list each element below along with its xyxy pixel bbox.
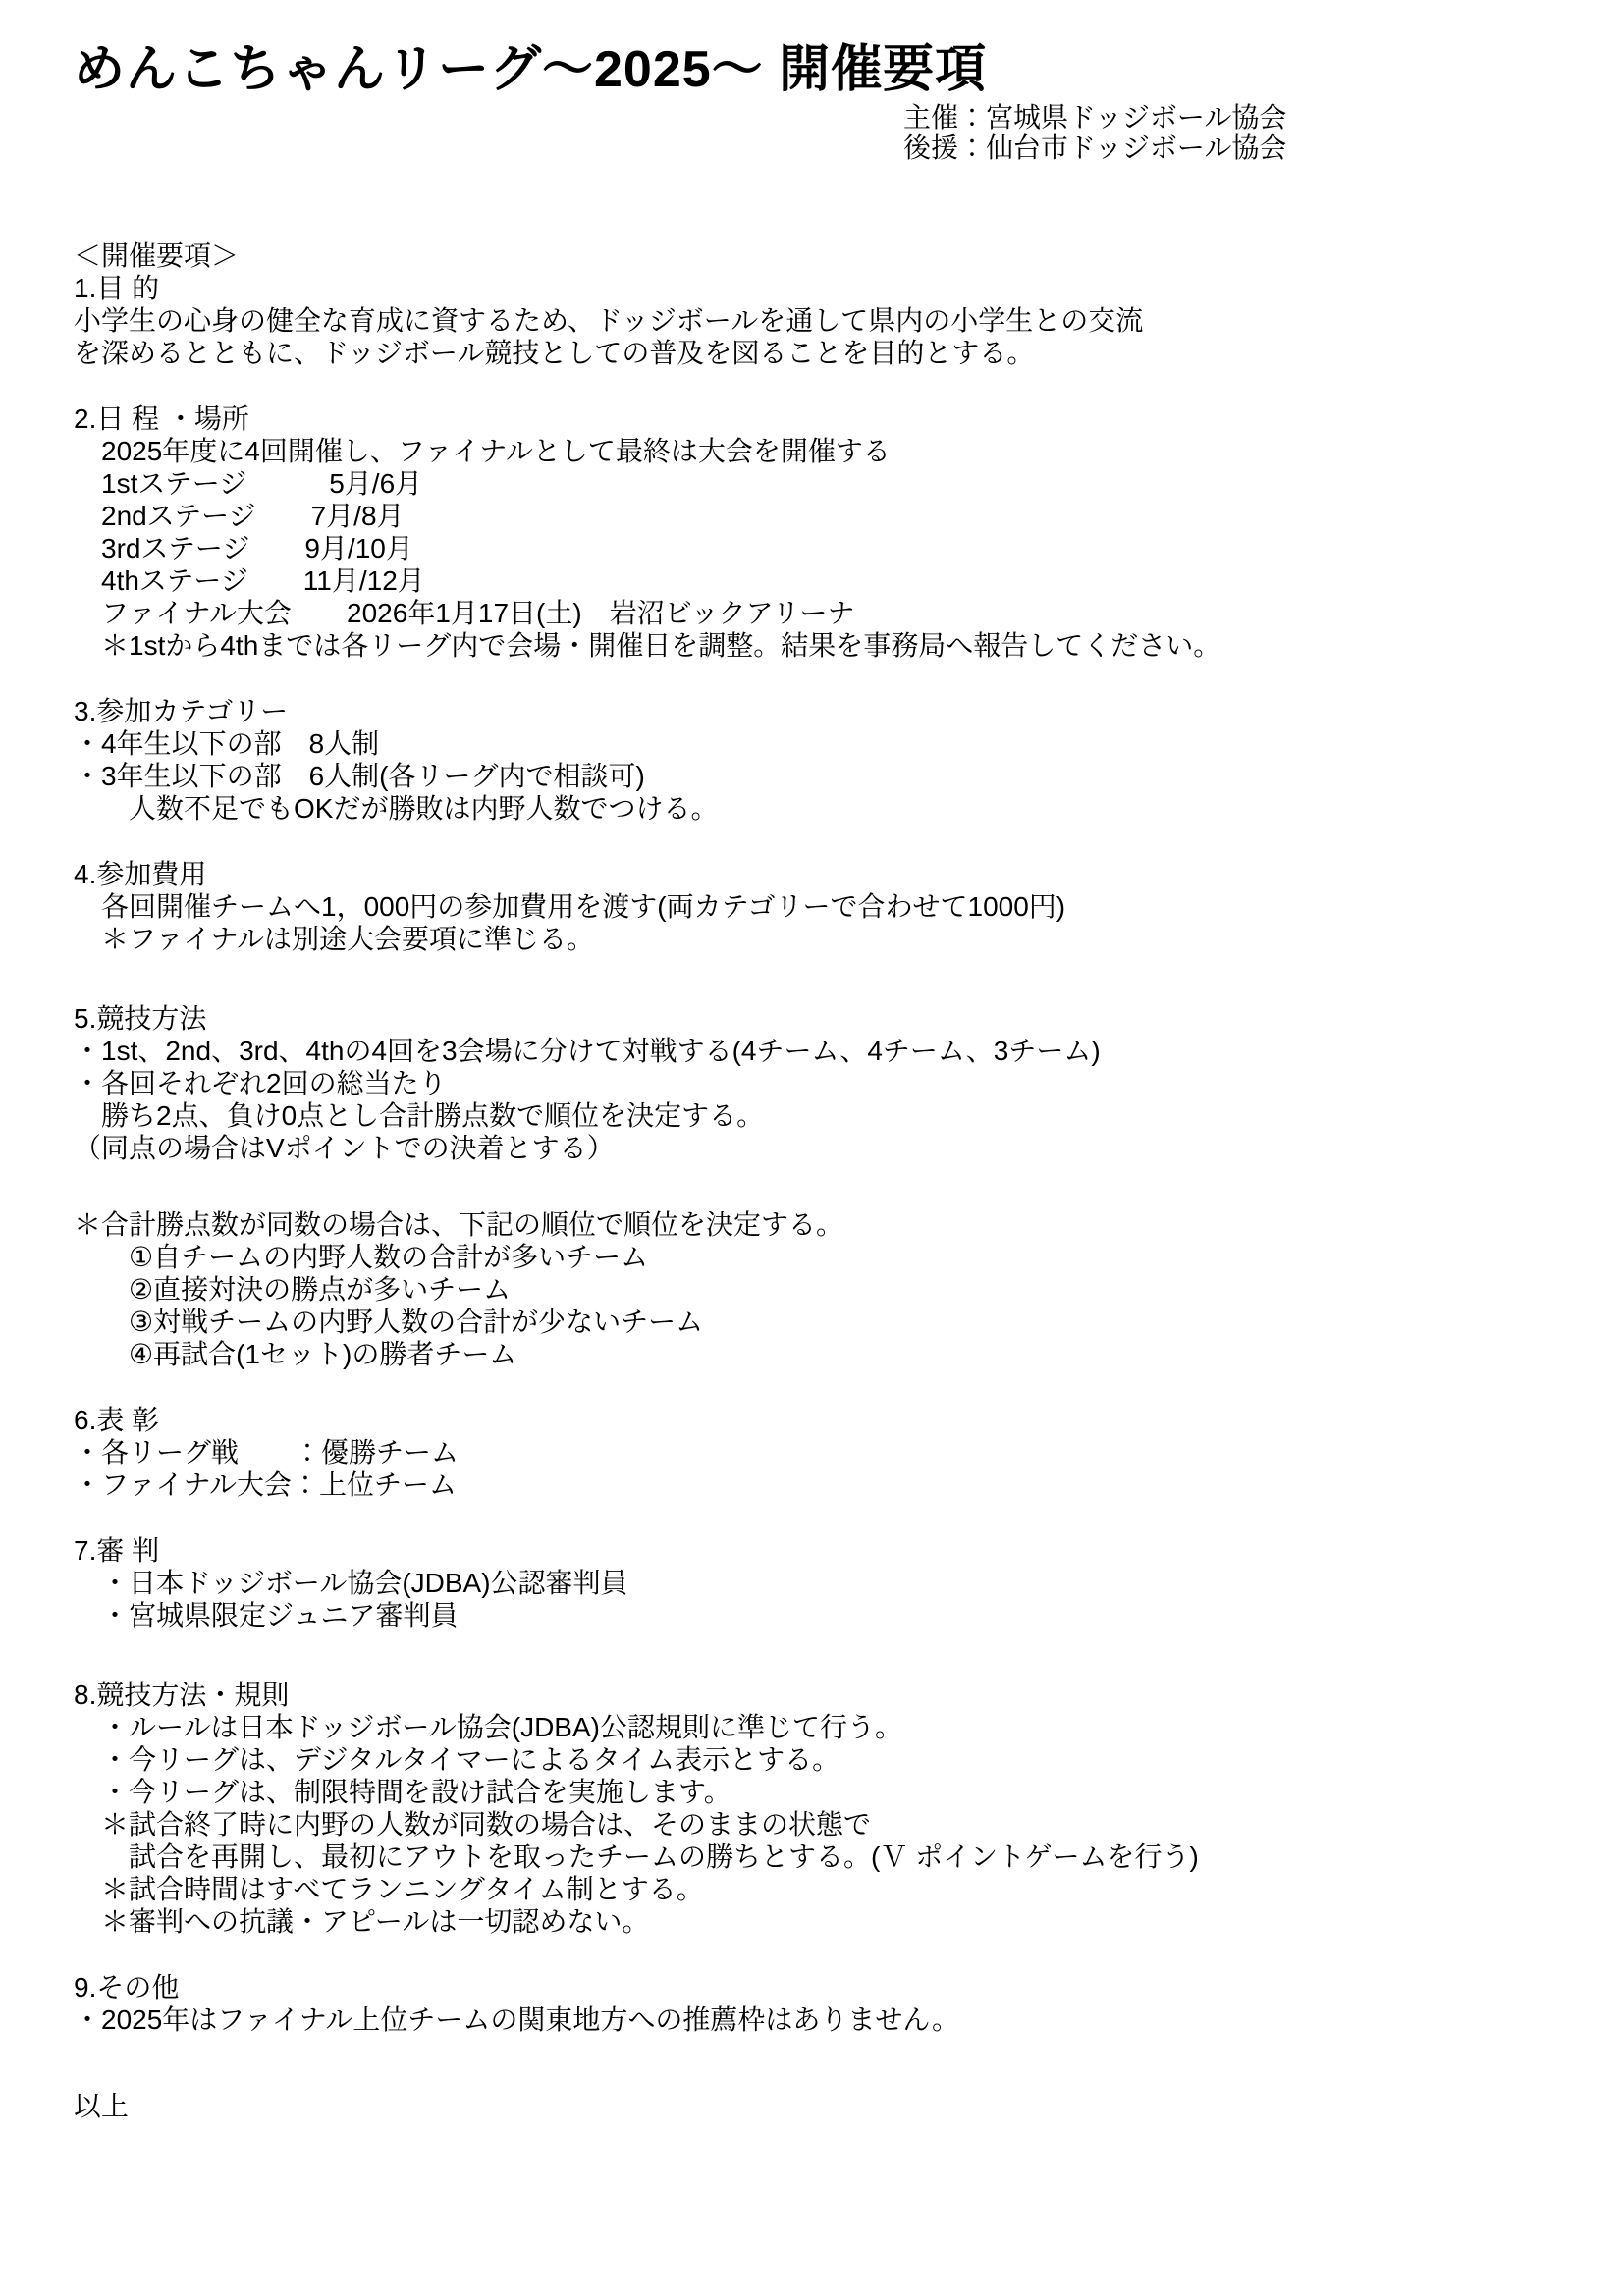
document-body: ＜開催要項＞ 1.目 的小学生の心身の健全な育成に資するため、ドッジボールを通し…: [74, 240, 1585, 2122]
section-categories: 3.参加カテゴリー・4年生以下の部 8人制・3年生以下の部 6人制(各リーグ内で…: [74, 695, 1585, 825]
doc-line: ②直接対決の勝点が多いチーム: [74, 1273, 1585, 1306]
doc-line: 以上: [74, 2090, 1585, 2122]
doc-line: ④再試合(1セット)の勝者チーム: [74, 1338, 1585, 1370]
section-fees: 4.参加費用 各回開催チームへ1，000円の参加費用を渡す(両カテゴリーで合わせ…: [74, 858, 1585, 955]
doc-line: 4.参加費用: [74, 858, 1585, 890]
supporting-organization: 後援：仙台市ドッジボール協会: [903, 133, 1585, 163]
doc-line: 1stステージ 5月/6月: [74, 467, 1585, 500]
section-competition-method: 5.競技方法・1st、2nd、3rd、4thの4回を3会場に分けて対戦する(4チ…: [74, 1002, 1585, 1164]
doc-line: ・各回それぞれ2回の総当たり: [74, 1067, 1585, 1099]
doc-line: ＊1stから4thまでは各リーグ内で会場・開催日を調整。結果を事務局へ報告してく…: [74, 629, 1585, 662]
section-referees: 7.審 判 ・日本ドッジボール協会(JDBA)公認審判員 ・宮城県限定ジュニア審…: [74, 1534, 1585, 1631]
doc-line: ①自チームの内野人数の合計が多いチーム: [74, 1241, 1585, 1273]
credits-block: 主催：宮城県ドッジボール協会 後援：仙台市ドッジボール協会: [903, 102, 1585, 163]
doc-line: 9.その他: [74, 1971, 1585, 2003]
doc-line: ＊審判への抗議・アピールは一切認めない。: [74, 1905, 1585, 1938]
doc-line: ・今リーグは、制限特間を設け試合を実施します。: [74, 1776, 1585, 1808]
doc-line: 各回開催チームへ1，000円の参加費用を渡す(両カテゴリーで合わせて1000円): [74, 890, 1585, 923]
document-page: めんこちゃんリーグ～2025～ 開催要項 主催：宮城県ドッジボール協会 後援：仙…: [0, 0, 1624, 2296]
doc-line: ＊ファイナルは別途大会要項に準じる。: [74, 923, 1585, 955]
doc-line: 小学生の心身の健全な育成に資するため、ドッジボールを通して県内の小学生との交流: [74, 304, 1585, 337]
doc-line: （同点の場合はVポイントでの決着とする）: [74, 1132, 1585, 1164]
doc-line: ＊試合時間はすべてランニングタイム制とする。: [74, 1873, 1585, 1905]
doc-line: ＊合計勝点数が同数の場合は、下記の順位で順位を決定する。: [74, 1208, 1585, 1241]
doc-line: 6.表 彰: [74, 1404, 1585, 1436]
section-awards: 6.表 彰・各リーグ戦 ：優勝チーム・ファイナル大会：上位チーム: [74, 1404, 1585, 1501]
doc-line: ・ルールは日本ドッジボール協会(JDBA)公認規則に準じて行う。: [74, 1711, 1585, 1743]
doc-line: ・1st、2nd、3rd、4thの4回を3会場に分けて対戦する(4チーム、4チー…: [74, 1035, 1585, 1067]
doc-line: ファイナル大会 2026年1月17日(土) 岩沼ビックアリーナ: [74, 597, 1585, 629]
doc-line: ・日本ドッジボール協会(JDBA)公認審判員: [74, 1567, 1585, 1599]
doc-line: ・今リーグは、デジタルタイマーによるタイム表示とする。: [74, 1743, 1585, 1776]
doc-line: 2.日 程 ・場所: [74, 402, 1585, 435]
doc-line: 3.参加カテゴリー: [74, 695, 1585, 727]
doc-line: ・宮城県限定ジュニア審判員: [74, 1599, 1585, 1631]
section-closing: 以上: [74, 2090, 1585, 2122]
doc-line: ・ファイナル大会：上位チーム: [74, 1468, 1585, 1501]
doc-line: ・2025年はファイナル上位チームの関東地方への推薦枠はありません。: [74, 2003, 1585, 2036]
doc-line: ・4年生以下の部 8人制: [74, 727, 1585, 760]
doc-line: 試合を再開し、最初にアウトを取ったチームの勝ちとする。(Ｖ ポイントゲームを行う…: [74, 1841, 1585, 1873]
doc-line: を深めるとともに、ドッジボール競技としての普及を図ることを目的とする。: [74, 337, 1585, 369]
doc-line: 2025年度に4回開催し、ファイナルとして最終は大会を開催する: [74, 435, 1585, 467]
doc-line: ＜開催要項＞: [74, 240, 1585, 272]
section-schedule: 2.日 程 ・場所 2025年度に4回開催し、ファイナルとして最終は大会を開催す…: [74, 402, 1585, 662]
host-organization: 主催：宮城県ドッジボール協会: [903, 102, 1585, 133]
doc-line: 1.目 的: [74, 272, 1585, 304]
section-tiebreakers: ＊合計勝点数が同数の場合は、下記の順位で順位を決定する。 ①自チームの内野人数の…: [74, 1208, 1585, 1370]
section-rules: 8.競技方法・規則 ・ルールは日本ドッジボール協会(JDBA)公認規則に準じて行…: [74, 1679, 1585, 1938]
doc-line: 8.競技方法・規則: [74, 1679, 1585, 1711]
doc-line: ＊試合終了時に内野の人数が同数の場合は、そのままの状態で: [74, 1808, 1585, 1841]
doc-line: ③対戦チームの内野人数の合計が少ないチーム: [74, 1306, 1585, 1338]
section-purpose: 1.目 的小学生の心身の健全な育成に資するため、ドッジボールを通して県内の小学生…: [74, 272, 1585, 369]
doc-line: 4thステージ 11月/12月: [74, 564, 1585, 597]
section-doc-header: ＜開催要項＞: [74, 240, 1585, 272]
doc-line: 人数不足でもOKだが勝敗は内野人数でつける。: [74, 792, 1585, 825]
doc-line: 勝ち2点、負け0点とし合計勝点数で順位を決定する。: [74, 1099, 1585, 1132]
doc-line: ・3年生以下の部 6人制(各リーグ内で相談可): [74, 760, 1585, 792]
doc-line: 3rdステージ 9月/10月: [74, 532, 1585, 564]
doc-line: 2ndステージ 7月/8月: [74, 500, 1585, 532]
doc-line: ・各リーグ戦 ：優勝チーム: [74, 1436, 1585, 1468]
document-title: めんこちゃんリーグ～2025～ 開催要項: [74, 41, 1585, 100]
section-other: 9.その他・2025年はファイナル上位チームの関東地方への推薦枠はありません。: [74, 1971, 1585, 2036]
doc-line: 5.競技方法: [74, 1002, 1585, 1035]
doc-line: 7.審 判: [74, 1534, 1585, 1567]
